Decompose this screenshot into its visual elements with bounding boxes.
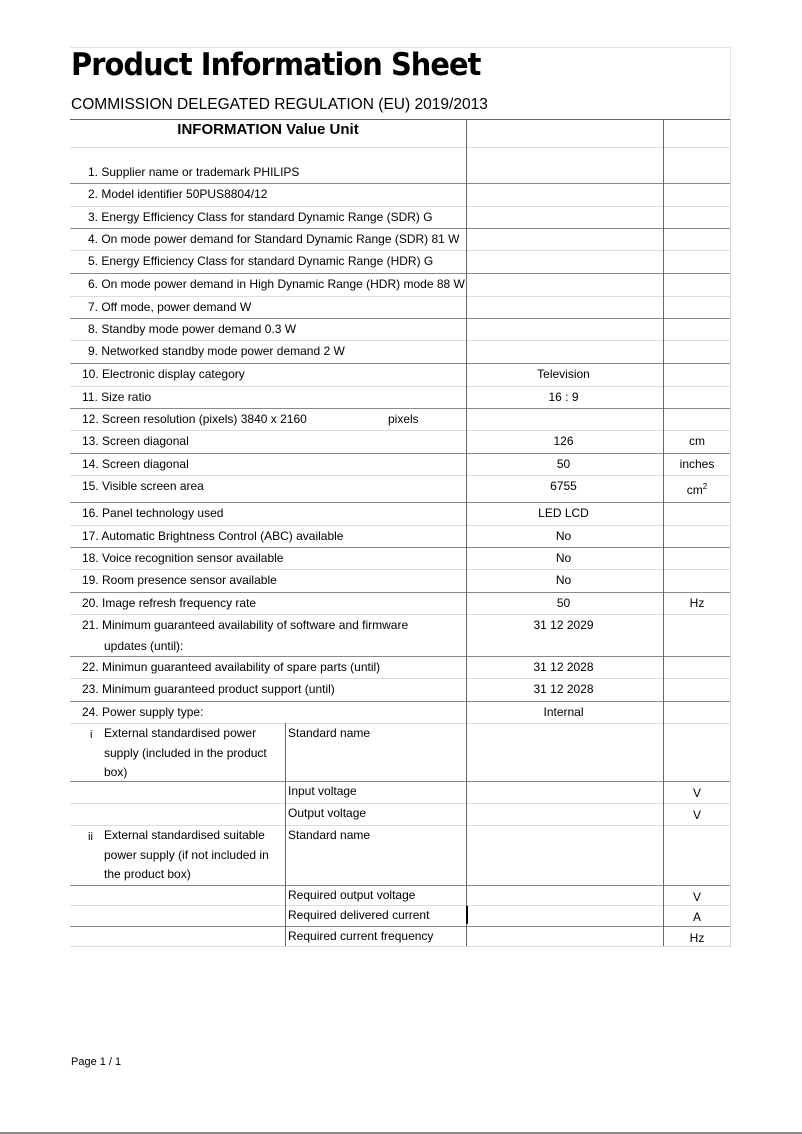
table-row-rule bbox=[70, 206, 731, 207]
row-value: 126 bbox=[467, 434, 660, 448]
row-label: 1. Supplier name or trademark PHILIPS bbox=[88, 165, 299, 179]
sub-row-unit: V bbox=[664, 890, 730, 904]
unit-column-divider bbox=[663, 119, 664, 946]
row-label: 6. On mode power demand in High Dynamic … bbox=[88, 277, 465, 291]
sub-row-label: Standard name bbox=[288, 828, 370, 842]
row-label-continued: updates (until): bbox=[104, 639, 183, 653]
row-unit: Hz bbox=[664, 596, 730, 610]
row-extra-unit: pixels bbox=[388, 412, 419, 426]
sub-row-rule bbox=[70, 905, 731, 906]
sub-row-label: Output voltage bbox=[288, 806, 366, 820]
row-label: 16. Panel technology used bbox=[82, 506, 223, 520]
supply-i-divider bbox=[285, 723, 286, 825]
table-row-rule bbox=[70, 363, 731, 364]
supply-ii-marker: ii bbox=[88, 830, 93, 844]
table-row-rule bbox=[70, 678, 731, 679]
page-number: Page 1 / 1 bbox=[71, 1056, 121, 1068]
row-unit: inches bbox=[664, 457, 730, 471]
row-label: 3. Energy Efficiency Class for standard … bbox=[88, 210, 433, 224]
row-unit: cm bbox=[664, 434, 730, 448]
sub-row-unit: V bbox=[664, 786, 730, 800]
table-header-rule bbox=[70, 119, 731, 120]
supply-i-marker: i bbox=[90, 728, 92, 742]
row-value: Television bbox=[467, 367, 660, 381]
table-row-rule bbox=[70, 592, 731, 593]
sub-row-unit: A bbox=[664, 910, 730, 924]
table-row-rule bbox=[70, 502, 731, 503]
row-label: 5. Energy Efficiency Class for standard … bbox=[88, 254, 433, 268]
unit-superscript: 2 bbox=[703, 482, 707, 491]
sub-row-label: Required delivered current bbox=[288, 908, 429, 922]
table-row-rule bbox=[70, 318, 731, 319]
row-value: 31 12 2028 bbox=[467, 682, 660, 696]
table-row-rule bbox=[70, 569, 731, 570]
table-row-rule bbox=[70, 408, 731, 409]
row-label: 4. On mode power demand for Standard Dyn… bbox=[88, 232, 460, 246]
row-value: 31 12 2028 bbox=[467, 660, 660, 674]
row-label: 9. Networked standby mode power demand 2… bbox=[88, 344, 345, 358]
sub-row-unit: Hz bbox=[664, 931, 730, 945]
table-right-border bbox=[730, 119, 731, 946]
row-label: 7. Off mode, power demand W bbox=[88, 300, 251, 314]
row-label: 2. Model identifier 50PUS8804/12 bbox=[88, 187, 267, 201]
row-label: 21. Minimum guaranteed availability of s… bbox=[82, 618, 408, 632]
row-label: 10. Electronic display category bbox=[82, 367, 245, 381]
table-row-rule bbox=[70, 656, 731, 657]
sub-row-label: Standard name bbox=[288, 726, 370, 740]
table-row-rule bbox=[70, 614, 731, 615]
row-value: No bbox=[467, 573, 660, 587]
row-value: LED LCD bbox=[467, 506, 660, 520]
row-value: No bbox=[467, 529, 660, 543]
row-label: 14. Screen diagonal bbox=[82, 457, 189, 471]
page-title: Product Information Sheet bbox=[71, 47, 481, 83]
row-label: 19. Room presence sensor available bbox=[82, 573, 277, 587]
sub-row-rule bbox=[70, 803, 731, 804]
table-row-rule bbox=[70, 547, 731, 548]
row-value: 6755 bbox=[467, 479, 660, 493]
row-unit: cm2 bbox=[664, 480, 730, 497]
row-value: Internal bbox=[467, 705, 660, 719]
table-row-rule bbox=[70, 340, 731, 341]
row-value: 50 bbox=[467, 457, 660, 471]
sub-row-rule bbox=[70, 885, 731, 886]
text-cursor bbox=[466, 906, 468, 924]
table-end-rule bbox=[70, 946, 731, 947]
table-row-rule bbox=[70, 475, 731, 476]
row-label: 17. Automatic Brightness Control (ABC) a… bbox=[82, 529, 343, 543]
sub-row-rule bbox=[70, 926, 731, 927]
supply-ii-divider bbox=[285, 825, 286, 946]
blank-row bbox=[70, 147, 731, 148]
row-label: 8. Standby mode power demand 0.3 W bbox=[88, 322, 296, 336]
table-row-rule bbox=[70, 453, 731, 454]
row-label: 11. Size ratio bbox=[82, 390, 151, 404]
table-row-rule bbox=[70, 296, 731, 297]
sub-row-rule bbox=[70, 781, 731, 782]
table-row-rule bbox=[70, 386, 731, 387]
regulation-subtitle: COMMISSION DELEGATED REGULATION (EU) 201… bbox=[71, 96, 488, 114]
row-value: No bbox=[467, 551, 660, 565]
row-label: 22. Minimun guaranteed availability of s… bbox=[82, 660, 380, 674]
table-row-rule bbox=[70, 183, 731, 184]
row-value: 50 bbox=[467, 596, 660, 610]
table-row-rule bbox=[70, 228, 731, 229]
value-column-divider bbox=[466, 119, 467, 946]
row-label: 13. Screen diagonal bbox=[82, 434, 189, 448]
sub-row-unit: V bbox=[664, 808, 730, 822]
row-label: 20. Image refresh frequency rate bbox=[82, 596, 256, 610]
table-header: INFORMATION Value Unit bbox=[70, 121, 466, 138]
table-row-rule bbox=[70, 430, 731, 431]
table-row-rule bbox=[70, 273, 731, 274]
table-row-rule bbox=[70, 250, 731, 251]
sub-row-label: Input voltage bbox=[288, 784, 357, 798]
sub-row-label: Required output voltage bbox=[288, 888, 415, 902]
row-value: 16 : 9 bbox=[467, 390, 660, 404]
table-row-rule bbox=[70, 525, 731, 526]
row-value: 31 12 2029 bbox=[467, 618, 660, 632]
supply-i-label: External standardised power supply (incl… bbox=[104, 724, 284, 783]
row-label: 23. Minimum guaranteed product support (… bbox=[82, 682, 335, 696]
row-label: 12. Screen resolution (pixels) 3840 x 21… bbox=[82, 412, 307, 426]
row-label: 18. Voice recognition sensor available bbox=[82, 551, 283, 565]
supply-ii-label: External standardised suitable power sup… bbox=[104, 826, 284, 885]
sub-row-label: Required current frequency bbox=[288, 929, 433, 943]
table-row-rule bbox=[70, 701, 731, 702]
row-label: 15. Visible screen area bbox=[82, 479, 204, 493]
row-label: 24. Power supply type: bbox=[82, 705, 203, 719]
